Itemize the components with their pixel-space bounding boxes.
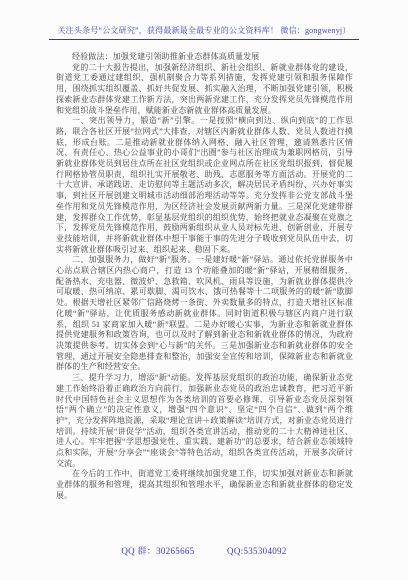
page-title: 经验做法：加强党建引领助推新业态群体高质量发展 bbox=[56, 52, 353, 63]
body-paragraph-1: 党的二十大报告提出，加强新经济组织、新社会组织、新就业群体党的建设，街道党工委通… bbox=[56, 63, 353, 117]
qq-group-number: QQ 群：30265665 bbox=[121, 544, 194, 557]
body-paragraph-3: 二、加强服务力，做好“新”服务。一是建好暖“新”驿站。通过依托党群服务中心站点联… bbox=[56, 255, 353, 373]
footer: QQ 群：30265665 QQ:535304092 bbox=[0, 544, 408, 557]
body-paragraph-4: 三、提升学习力，增添“新”动能。发挥基层党组织的政治功能，确保新业态党建工作始终… bbox=[56, 373, 353, 469]
body-paragraph-2: 一、突出领导力，锻造“新”引擎。一是按照“横向到边、纵向到底”的工作思路，联合各… bbox=[56, 116, 353, 255]
document-body: 经验做法：加强党建引领助推新业态群体高质量发展 党的二十大报告提出，加强新经济组… bbox=[56, 52, 353, 502]
banner-text: 关注头条号“公文研究”，获得最新最全最专业的公文资料库！ 微信：gongweny… bbox=[57, 26, 350, 35]
qq-number: QQ:535304092 bbox=[227, 546, 287, 556]
document-page: 关注头条号“公文研究”，获得最新最全最专业的公文资料库！ 微信：gongweny… bbox=[0, 0, 408, 580]
header-banner: 关注头条号“公文研究”，获得最新最全最专业的公文资料库！ 微信：gongweny… bbox=[49, 25, 359, 40]
body-paragraph-5: 在今后的工作中，街道党工委将继续加强党建工作，切实加强对新业态和新就业群体的服务… bbox=[56, 469, 353, 501]
